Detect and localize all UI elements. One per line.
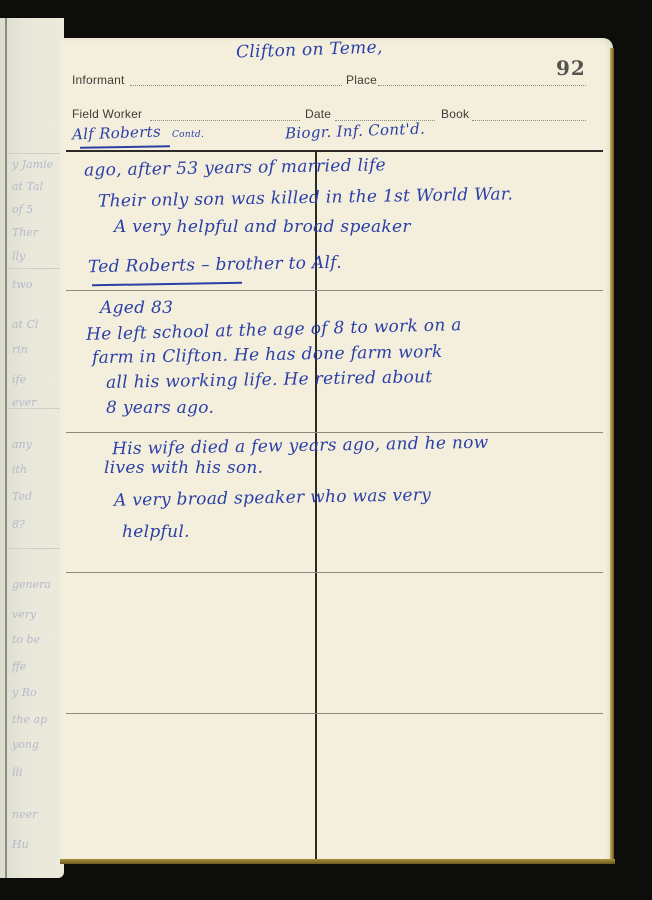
prev-page-ghost-text: yong xyxy=(12,738,39,751)
prev-page-rule xyxy=(8,268,64,269)
header-divider xyxy=(66,150,603,152)
date-label: Date xyxy=(305,107,331,121)
prev-page-ghost-text: rin xyxy=(12,343,28,356)
prev-page-ghost-text: neer xyxy=(12,808,37,821)
prev-page-ghost-text: ith xyxy=(12,463,27,476)
page-gilt-edge-right xyxy=(610,48,614,863)
binding-gutter xyxy=(5,18,7,878)
row-divider xyxy=(66,572,603,573)
prev-page-ghost-text: 8? xyxy=(12,518,25,531)
prev-page-ghost-text: Hu xyxy=(12,838,29,851)
place-dotted-line xyxy=(378,85,586,86)
prev-page-ghost-text: Ther xyxy=(12,226,38,239)
book-dotted-line xyxy=(472,120,586,121)
page-number: 92 xyxy=(556,56,586,80)
note-line: A very helpful and broad speaker xyxy=(114,217,411,237)
prev-page-ghost-text: ife xyxy=(12,373,26,386)
prev-page-rule xyxy=(8,153,64,154)
prev-page-ghost-text: ffe xyxy=(12,660,26,673)
informant-dotted-line xyxy=(130,85,342,86)
informant-label: Informant xyxy=(72,73,125,87)
prev-page-ghost-text: of 5 xyxy=(12,203,33,216)
book-label: Book xyxy=(441,107,469,121)
prev-page-ghost-text: to be xyxy=(12,633,40,646)
prev-page-ghost-text: Ted xyxy=(12,490,32,503)
prev-page-ghost-text: at Cl xyxy=(12,318,38,331)
prev-page-ghost-text: any xyxy=(12,438,32,451)
prev-page-ghost-text: y Ro xyxy=(12,686,37,699)
note-line: 8 years ago. xyxy=(106,398,214,418)
prev-page-ghost-text: at Tal xyxy=(12,180,43,193)
prev-page-rule xyxy=(8,548,64,549)
prev-page-ghost-text: very xyxy=(12,608,36,621)
page-gilt-edge-bottom xyxy=(60,859,615,864)
prev-page-ghost-text: two xyxy=(12,278,32,291)
previous-page-edge: y Jamie at Tal of 5 Ther lly two at Cl r… xyxy=(0,18,64,878)
note-line: helpful. xyxy=(122,522,190,542)
field-worker-dotted-line xyxy=(150,120,300,121)
prev-page-ghost-text: genera xyxy=(12,578,51,591)
prev-page-ghost-text: y Jamie xyxy=(12,158,53,171)
prev-page-ghost-text: lly xyxy=(12,250,25,263)
prev-page-ghost-text: lli xyxy=(12,766,23,779)
informant-continued-note: Contd. xyxy=(172,130,204,140)
field-worker-label: Field Worker xyxy=(72,107,142,121)
prev-page-ghost-text: the ap xyxy=(12,713,47,726)
note-line: Aged 83 xyxy=(100,298,173,318)
informant-handwritten: Alf Roberts xyxy=(72,122,162,143)
row-divider xyxy=(66,432,603,433)
note-line: lives with his son. xyxy=(104,458,263,478)
prev-page-ghost-text: ever xyxy=(12,396,37,409)
row-divider xyxy=(66,713,603,714)
row-divider xyxy=(66,290,603,291)
place-label: Place xyxy=(346,73,377,87)
